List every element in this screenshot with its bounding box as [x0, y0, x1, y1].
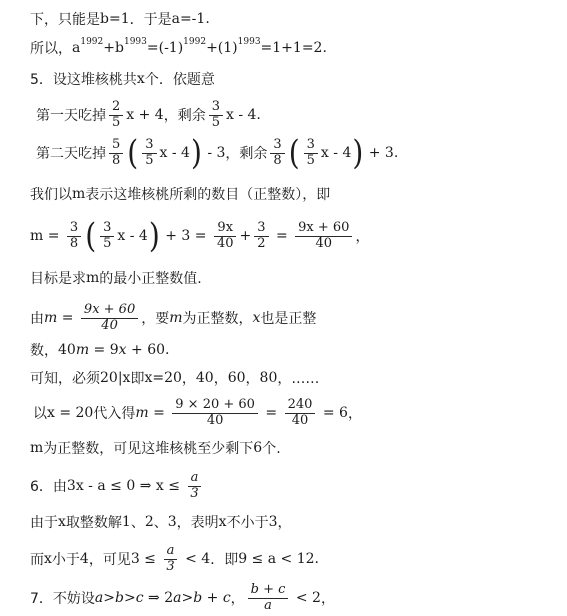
- text-run: 我们以: [30, 184, 72, 204]
- numerator: a: [188, 471, 202, 487]
- fraction: b + ca: [248, 583, 289, 614]
- denominator: a: [261, 599, 275, 614]
- fraction: 35: [209, 100, 223, 131]
- text-run: 、: [154, 512, 168, 532]
- denominator: 5: [100, 237, 114, 252]
- numerator: 3: [67, 221, 81, 237]
- text-run: ，: [182, 368, 196, 388]
- variable: m: [169, 310, 182, 326]
- numerator: 9 × 20 + 60: [172, 398, 258, 414]
- text-run: x - 4: [117, 228, 147, 244]
- text-run: a: [72, 40, 80, 56]
- variable: x: [253, 310, 261, 326]
- text-run: 个．依题意: [145, 69, 215, 89]
- text-run: 代入得: [93, 403, 135, 423]
- text-run: b=1: [100, 11, 130, 27]
- variable: a: [173, 590, 181, 606]
- text-run: 6．由: [30, 476, 67, 496]
- denominator: 40: [204, 414, 227, 429]
- text-run: =(-1): [147, 40, 183, 56]
- text-run: >: [124, 590, 136, 606]
- text-run: >: [181, 590, 193, 606]
- line-07: m = 38(35x - 4) + 3 = 9x40+32 = 9x + 604…: [30, 214, 557, 258]
- right-paren: ): [191, 136, 202, 170]
- denominator: 40: [98, 319, 121, 334]
- fraction: 9x40: [214, 221, 237, 252]
- variable: b: [115, 590, 124, 606]
- line-03: 5．设这堆核桃共x个．依题意: [30, 69, 557, 89]
- numerator: 2: [109, 100, 123, 116]
- fraction: 25: [109, 100, 123, 131]
- text-run: ，: [348, 403, 362, 423]
- numerator: 3: [254, 221, 268, 237]
- denominator: 5: [304, 154, 318, 169]
- text-run: 3x - a ≤ 0 ⇒ x ≤: [67, 478, 184, 494]
- numerator: a: [164, 544, 178, 560]
- text-run: 下，只能是: [30, 9, 100, 29]
- denominator: 40: [313, 237, 336, 252]
- text-run: ，可见: [89, 549, 131, 569]
- text-run: 3: [269, 514, 278, 530]
- text-run: =: [272, 228, 293, 244]
- text-run: =: [149, 405, 170, 421]
- numerator: 9x + 60: [81, 303, 138, 319]
- text-run: =: [57, 310, 78, 326]
- text-run: < 4: [181, 551, 211, 567]
- left-paren: (: [289, 136, 300, 170]
- text-run: ，: [278, 512, 292, 532]
- text-run: 60: [228, 370, 246, 386]
- text-run: 表示这堆核桃所剩的数目（正整数），即: [85, 184, 330, 204]
- right-paren: ): [149, 219, 160, 253]
- variable: a: [95, 590, 103, 606]
- fraction: 32: [254, 221, 268, 252]
- numerator: 3: [304, 138, 318, 154]
- text-run: 由: [30, 308, 44, 328]
- text-run: 数，: [30, 340, 58, 360]
- text-run: 为正整数，: [183, 308, 253, 328]
- fraction: 9x + 6040: [295, 221, 352, 252]
- text-run: ，: [355, 226, 369, 246]
- variable: b: [193, 590, 202, 606]
- text-run: ，剩余: [225, 143, 267, 163]
- text-run: =1+1=2.: [261, 40, 327, 56]
- line-08: 目标是求m的最小正整数值.: [30, 268, 557, 288]
- text-run: ⇒ 2: [144, 590, 174, 606]
- denominator: 5: [209, 116, 223, 131]
- denominator: 8: [67, 237, 81, 252]
- text-run: = 9: [89, 342, 119, 358]
- fraction: 35: [304, 138, 318, 169]
- text-run: ，要: [141, 308, 169, 328]
- text-run: 80: [260, 370, 278, 386]
- line-14: 6．由3x - a ≤ 0 ⇒ x ≤ a3: [30, 466, 557, 506]
- denominator: 3: [187, 487, 201, 502]
- line-17: 7．不妨设a>b>c ⇒ 2a>b + c，b + ca < 2，: [30, 580, 557, 616]
- fraction: 9x + 6040: [81, 303, 138, 334]
- line-11: 可知，必须20|x即x=20，40，60，80，……: [30, 368, 557, 388]
- text-run: m: [86, 270, 99, 286]
- denominator: 40: [214, 237, 237, 252]
- text-run: 以: [33, 403, 47, 423]
- text-run: 为正整数，可见这堆核桃至少剩下: [43, 438, 253, 458]
- superscript: 1993: [124, 37, 147, 47]
- fraction: 35: [100, 221, 114, 252]
- fraction: 38: [67, 221, 81, 252]
- text-run: 可知，必须: [30, 368, 100, 388]
- denominator: 3: [163, 560, 177, 575]
- text-run: 40: [58, 342, 76, 358]
- line-06: 我们以m表示这堆核桃所剩的数目（正整数），即: [30, 184, 557, 204]
- text-run: +(1): [206, 40, 238, 56]
- text-run: + 60.: [127, 342, 170, 358]
- variable: m: [44, 310, 57, 326]
- right-paren: ): [352, 136, 363, 170]
- text-run: 取整数解: [66, 512, 122, 532]
- variable: x: [119, 342, 127, 358]
- denominator: 5: [109, 116, 123, 131]
- text-run: 20|x: [100, 370, 130, 386]
- text-run: 、: [131, 512, 145, 532]
- text-run: a=-1.: [172, 11, 210, 27]
- text-run: 4: [80, 551, 89, 567]
- numerator: 3: [270, 138, 284, 154]
- fraction: a3: [163, 544, 177, 575]
- text-run: x - 4: [160, 145, 190, 161]
- text-run: +: [240, 228, 252, 244]
- line-16: 而x小于4，可见3 ≤ a3 < 4．即9 ≤ a < 12.: [30, 540, 557, 578]
- text-run: 不小于: [227, 512, 269, 532]
- text-run: x - 4.: [226, 107, 261, 123]
- text-run: - 3: [203, 145, 226, 161]
- text-run: 所以，: [30, 38, 72, 58]
- text-run: ，表明: [177, 512, 219, 532]
- text-run: 6: [253, 440, 262, 456]
- fraction: 35: [142, 138, 156, 169]
- text-run: 9 ≤ a < 12.: [238, 551, 319, 567]
- text-run: x: [44, 551, 52, 567]
- denominator: 2: [254, 237, 268, 252]
- numerator: 3: [142, 138, 156, 154]
- text-run: ．于是: [130, 9, 172, 29]
- text-run: 1: [122, 514, 131, 530]
- denominator: 8: [270, 154, 284, 169]
- text-run: m =: [30, 228, 64, 244]
- line-15: 由于x取整数解1、2、3，表明x不小于3，: [30, 512, 557, 532]
- text-run: x = 20: [47, 405, 93, 421]
- line-02: 所以，a1992+b1993=(-1)1992+(1)1993=1+1=2.: [30, 37, 557, 59]
- text-run: x + 4: [126, 107, 163, 123]
- text-run: x: [137, 71, 145, 87]
- numerator: b + c: [248, 583, 289, 599]
- text-run: m: [30, 440, 43, 456]
- text-run: x - 4: [321, 145, 351, 161]
- text-run: =: [261, 405, 282, 421]
- text-run: 的最小正整数值.: [99, 268, 201, 288]
- numerator: 3: [209, 100, 223, 116]
- variable: m: [135, 405, 148, 421]
- text-run: 第一天吃掉: [36, 105, 106, 125]
- variable: c: [136, 590, 144, 606]
- text-run: ，: [246, 368, 260, 388]
- line-12: 以x = 20代入得m = 9 × 20 + 6040 = 24040 = 6，: [30, 394, 557, 432]
- text-run: 个.: [262, 438, 280, 458]
- line-04: 第一天吃掉25x + 4，剩余35x - 4.: [30, 98, 557, 132]
- text-run: +: [202, 590, 223, 606]
- left-paren: (: [85, 219, 96, 253]
- left-paren: (: [127, 136, 138, 170]
- text-run: 也是正整: [260, 308, 316, 328]
- superscript: 1993: [238, 37, 261, 47]
- text-run: 目标是求: [30, 268, 86, 288]
- document: 下，只能是b=1．于是a=-1.所以，a1992+b1993=(-1)1992+…: [0, 0, 567, 616]
- line-09: 由m = 9x + 6040，要m为正整数，x也是正整: [30, 300, 557, 336]
- text-run: >: [103, 590, 115, 606]
- fraction: 9 × 20 + 6040: [172, 398, 258, 429]
- denominator: 8: [109, 154, 123, 169]
- text-run: 第二天吃掉: [36, 143, 106, 163]
- text-run: 40: [196, 370, 214, 386]
- line-05: 第二天吃掉58(35x - 4) - 3，剩余38(35x - 4) + 3.: [30, 132, 557, 174]
- text-run: 3: [168, 514, 177, 530]
- text-run: x=20: [144, 370, 181, 386]
- fraction: 58: [109, 138, 123, 169]
- variable: m: [76, 342, 89, 358]
- numerator: 9x + 60: [295, 221, 352, 237]
- superscript: 1992: [183, 37, 206, 47]
- line-01: 下，只能是b=1．于是a=-1.: [30, 8, 557, 30]
- text-run: 2: [145, 514, 154, 530]
- text-run: 5．设这堆核桃共: [30, 69, 137, 89]
- text-run: x: [58, 514, 66, 530]
- text-run: ，: [214, 368, 228, 388]
- variable: c: [223, 590, 231, 606]
- text-run: +b: [103, 40, 124, 56]
- text-run: + 3 =: [161, 228, 211, 244]
- denominator: 40: [289, 414, 312, 429]
- fraction: 38: [270, 138, 284, 169]
- text-run: ．即: [210, 549, 238, 569]
- line-13: m为正整数，可见这堆核桃至少剩下6个.: [30, 438, 557, 458]
- text-run: ，剩余: [164, 105, 206, 125]
- text-run: ，……: [277, 368, 319, 388]
- text-run: x: [219, 514, 227, 530]
- text-run: + 3.: [364, 145, 398, 161]
- text-run: ，: [321, 588, 335, 608]
- fraction: 24040: [285, 398, 316, 429]
- fraction: a3: [187, 471, 201, 502]
- text-run: m: [72, 186, 85, 202]
- numerator: 9x: [214, 221, 236, 237]
- text-run: = 6: [318, 405, 348, 421]
- numerator: 3: [100, 221, 114, 237]
- denominator: 5: [142, 154, 156, 169]
- text-run: ，: [231, 588, 245, 608]
- line-10: 数，40m = 9x + 60.: [30, 340, 557, 360]
- text-run: 小于: [52, 549, 80, 569]
- text-run: 即: [130, 368, 144, 388]
- superscript: 1992: [80, 37, 103, 47]
- text-run: 3 ≤: [131, 551, 161, 567]
- numerator: 5: [109, 138, 123, 154]
- text-run: < 2: [291, 590, 321, 606]
- text-run: 7．不妨设: [30, 588, 95, 608]
- numerator: 240: [285, 398, 316, 414]
- text-run: 由于: [30, 512, 58, 532]
- text-run: 而: [30, 549, 44, 569]
